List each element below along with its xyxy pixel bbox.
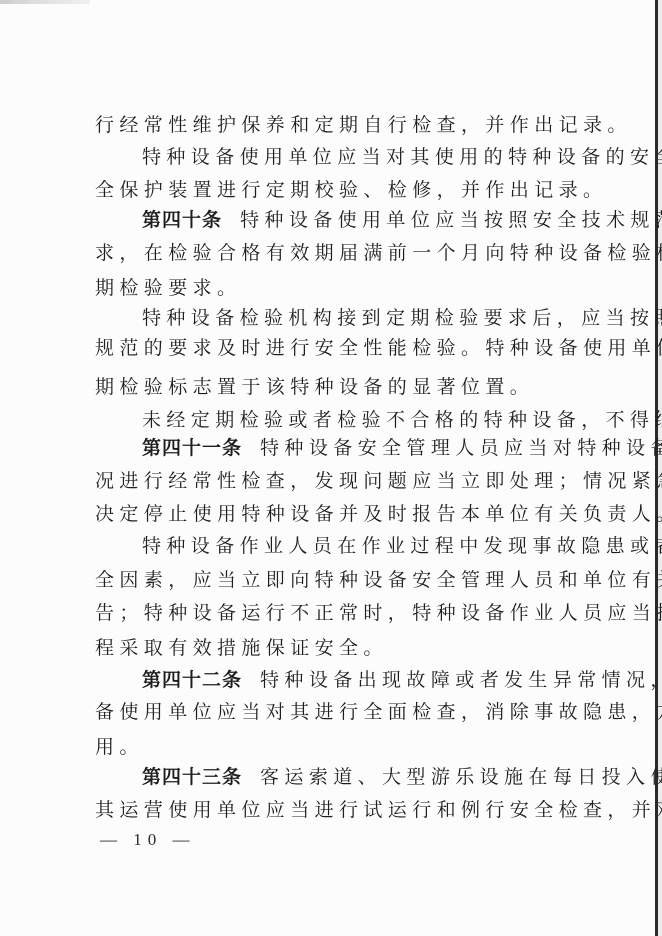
page-number: — 10 — (100, 828, 196, 852)
line-text: 全因素，应当立即向特种设备安全管理人员和单位有关负责人报 (95, 569, 662, 591)
text-line: 其运营使用单位应当进行试运行和例行安全检查，并对安全附件 (95, 796, 595, 824)
line-text: 用。 (95, 736, 144, 758)
line-text: 期检验要求。 (95, 277, 241, 299)
text-line: 特种设备作业人员在作业过程中发现事故隐患或者其他不安 (142, 532, 642, 560)
line-text: 期检验标志置于该特种设备的显著位置。 (95, 376, 534, 398)
line-text: 未经定期检验或者检验不合格的特种设备，不得继续使用。 (142, 409, 662, 431)
text-line: 程采取有效措施保证安全。 (95, 634, 595, 662)
line-text: 特种设备作业人员在作业过程中发现事故隐患或者其他不安 (142, 535, 662, 557)
line-text: 全保护装置进行定期校验、检修，并作出记录。 (95, 179, 607, 201)
text-line: 期检验要求。 (95, 274, 595, 302)
text-line: 况进行经常性检查，发现问题应当立即处理；情况紧急时，可以 (95, 467, 595, 495)
text-line: 特种设备使用单位应当对其使用的特种设备的安全附件、安 (142, 143, 642, 171)
line-text: 告；特种设备运行不正常时，特种设备作业人员应当按照操作规 (95, 602, 662, 624)
line-text: 特种设备安全管理人员应当对特种设备使用状 (260, 437, 662, 459)
article-heading: 第四十三条 (142, 766, 242, 788)
article-heading: 第四十条 (142, 209, 222, 231)
article-41-line: 第四十一条特种设备安全管理人员应当对特种设备使用状 (142, 434, 642, 462)
text-line: 规范的要求及时进行安全性能检验。特种设备使用单位应当将定 (95, 334, 595, 362)
article-40-line: 第四十条特种设备使用单位应当按照安全技术规范的要 (142, 206, 642, 234)
text-line: 行经常性维护保养和定期自行检查，并作出记录。 (95, 111, 595, 139)
line-text: 特种设备使用单位应当对其使用的特种设备的安全附件、安 (142, 146, 662, 168)
article-43-line: 第四十三条客运索道、大型游乐设施在每日投入使用前， (142, 763, 642, 791)
article-42-line: 第四十二条特种设备出现故障或者发生异常情况，特种设 (142, 666, 642, 694)
text-line: 全保护装置进行定期校验、检修，并作出记录。 (95, 176, 595, 204)
line-text: 客运索道、大型游乐设施在每日投入使用前， (260, 766, 662, 788)
line-text: 其运营使用单位应当进行试运行和例行安全检查，并对安全附件 (95, 799, 662, 821)
line-text: 备使用单位应当对其进行全面检查，消除事故隐患，方可继续使 (95, 701, 662, 723)
line-text: 行经常性维护保养和定期自行检查，并作出记录。 (95, 114, 632, 136)
text-line: 特种设备检验机构接到定期检验要求后，应当按照安全技术 (142, 304, 642, 332)
text-line: 用。 (95, 733, 595, 761)
line-text: 况进行经常性检查，发现问题应当立即处理；情况紧急时，可以 (95, 470, 662, 492)
line-text: 特种设备出现故障或者发生异常情况，特种设 (260, 669, 662, 691)
article-heading: 第四十二条 (142, 669, 242, 691)
line-text: 决定停止使用特种设备并及时报告本单位有关负责人。 (95, 503, 662, 525)
page-edge-shadow (658, 0, 662, 936)
article-heading: 第四十一条 (142, 437, 242, 459)
line-text: 求，在检验合格有效期届满前一个月向特种设备检验机构提出定 (95, 242, 662, 264)
text-line: 全因素，应当立即向特种设备安全管理人员和单位有关负责人报 (95, 566, 595, 594)
text-line: 备使用单位应当对其进行全面检查，消除事故隐患，方可继续使 (95, 698, 595, 726)
line-text: 程采取有效措施保证安全。 (95, 637, 388, 659)
line-text: 规范的要求及时进行安全性能检验。特种设备使用单位应当将定 (95, 337, 662, 359)
text-line: 决定停止使用特种设备并及时报告本单位有关负责人。 (95, 500, 595, 528)
text-line: 未经定期检验或者检验不合格的特种设备，不得继续使用。 (142, 406, 642, 434)
line-text: 特种设备检验机构接到定期检验要求后，应当按照安全技术 (142, 307, 662, 329)
scan-artifact (0, 0, 90, 4)
text-line: 告；特种设备运行不正常时，特种设备作业人员应当按照操作规 (95, 599, 595, 627)
text-line: 期检验标志置于该特种设备的显著位置。 (95, 373, 595, 401)
text-line: 求，在检验合格有效期届满前一个月向特种设备检验机构提出定 (95, 239, 595, 267)
line-text: 特种设备使用单位应当按照安全技术规范的要 (240, 209, 662, 231)
